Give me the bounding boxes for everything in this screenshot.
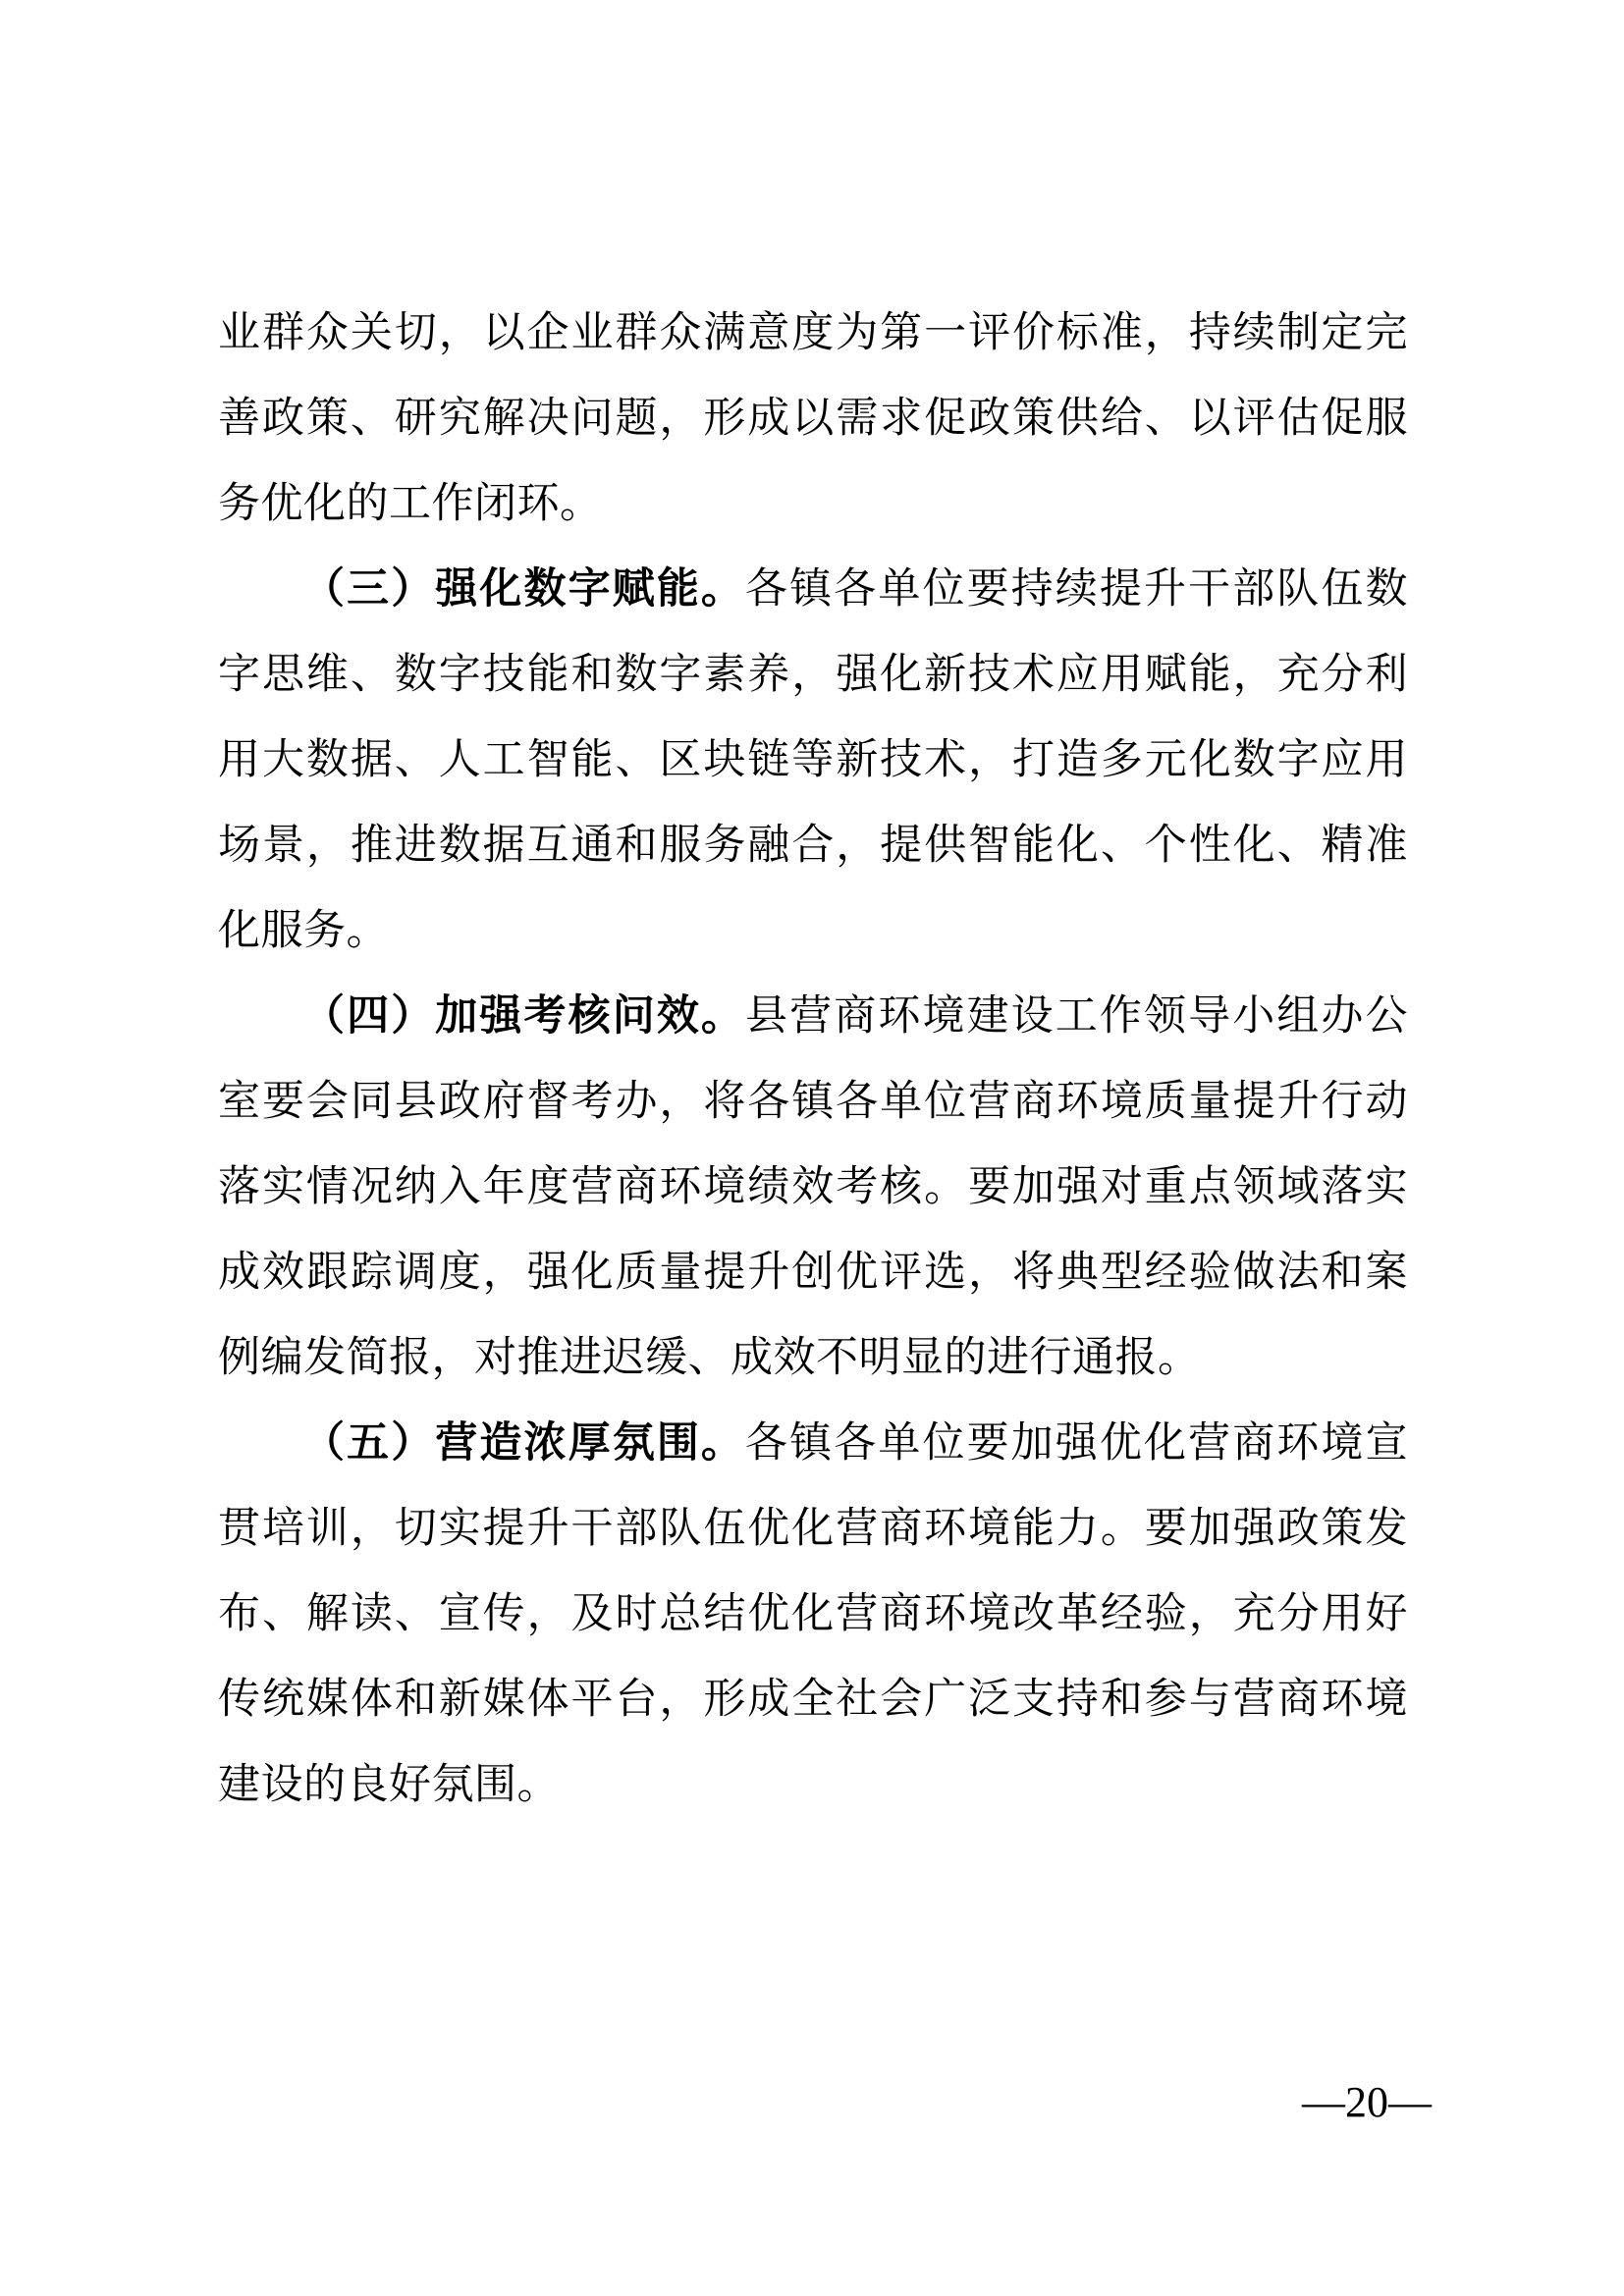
document-body: 业群众关切，以企业群众满意度为第一评价标准，持续制定完善政策、研究解决问题，形成… — [218, 291, 1408, 1828]
paragraph-section-3: （三）强化数字赋能。各镇各单位要持续提升干部队伍数字思维、数字技能和数字素养，强… — [218, 547, 1408, 974]
paragraph-continuation: 业群众关切，以企业群众满意度为第一评价标准，持续制定完善政策、研究解决问题，形成… — [218, 291, 1408, 547]
section-heading: （五）营造浓厚氛围。 — [302, 1420, 745, 1467]
paragraph-text: 县营商环境建设工作领导小组办公室要会同县政府督考办，将各镇各单位营商环境质量提升… — [218, 993, 1408, 1381]
document-page: 业群众关切，以企业群众满意度为第一评价标准，持续制定完善政策、研究解决问题，形成… — [0, 0, 1624, 2296]
paragraph-text: 业群众关切，以企业群众满意度为第一评价标准，持续制定完善政策、研究解决问题，形成… — [218, 310, 1408, 527]
paragraph-text: 各镇各单位要加强优化营商环境宣贯培训，切实提升干部队伍优化营商环境能力。要加强政… — [218, 1420, 1408, 1808]
paragraph-section-5: （五）营造浓厚氛围。各镇各单位要加强优化营商环境宣贯培训，切实提升干部队伍优化营… — [218, 1401, 1408, 1828]
section-heading: （四）加强考核问效。 — [302, 993, 745, 1040]
paragraph-section-4: （四）加强考核问效。县营商环境建设工作领导小组办公室要会同县政府督考办，将各镇各… — [218, 974, 1408, 1401]
section-heading: （三）强化数字赋能。 — [302, 566, 745, 613]
page-number: —20— — [1302, 2081, 1432, 2124]
paragraph-text: 各镇各单位要持续提升干部队伍数字思维、数字技能和数字素养，强化新技术应用赋能，充… — [218, 566, 1408, 954]
